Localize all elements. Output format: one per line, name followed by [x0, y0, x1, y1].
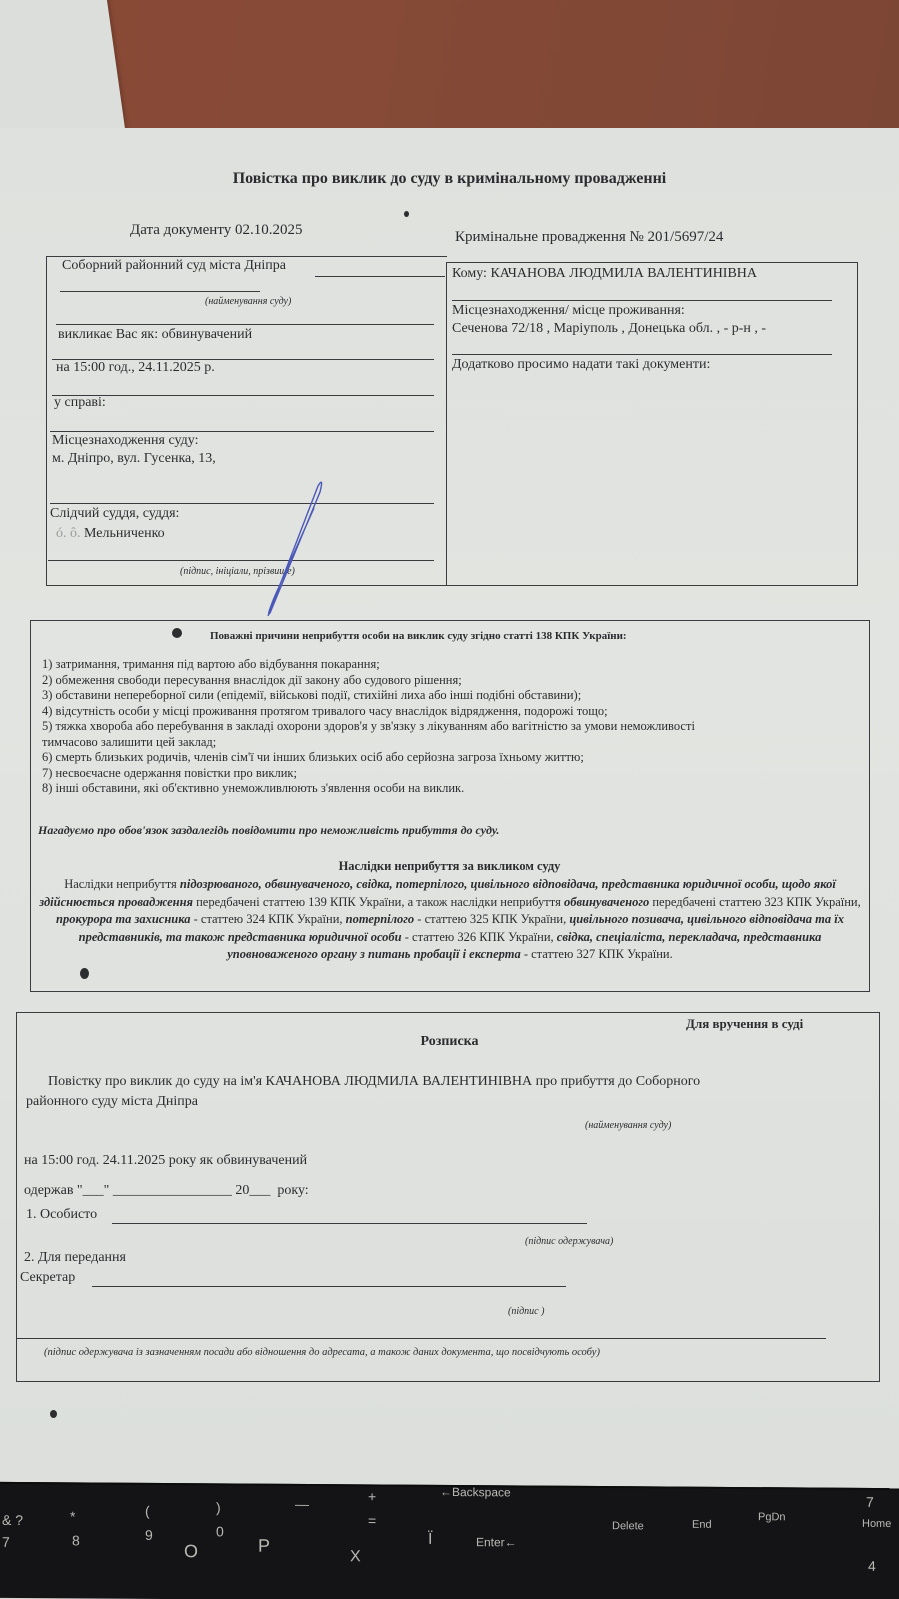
reason-item: 2) обмеження свободи пересування внаслід…: [42, 673, 695, 689]
court-name-caption: (найменування суду): [205, 296, 291, 307]
bottom-caption: (підпис одержувача із зазначенням посади…: [44, 1347, 600, 1358]
for-court-label: Для вручення в суді: [686, 1016, 803, 1032]
for-transfer-label: 2. Для передання: [24, 1250, 126, 1266]
receipt-body-line1: Повістку про виклик до суду на ім'я КАЧА…: [48, 1074, 700, 1090]
secretary-label: Секретар: [20, 1270, 75, 1286]
consequences-text: Наслідки неприбуття підозрюваного, обвин…: [34, 876, 866, 964]
reasons-list: 1) затримання, тримання під вартою або в…: [42, 657, 695, 797]
key-x: X: [350, 1548, 361, 1566]
signature-caption: (підпис ): [508, 1306, 544, 1317]
ink-blot: [404, 211, 409, 217]
extra-documents-label: Додатково просимо надати такі документи:: [452, 357, 710, 373]
receipt-body-line2: районного суду міста Дніпра: [26, 1094, 198, 1110]
received-date-field: одержав "___" _________________ 20___ ро…: [24, 1183, 309, 1199]
plain-text: - статтею 326 КПК України,: [402, 930, 557, 944]
receipt-court-caption: (найменування суду): [585, 1120, 671, 1131]
court-name: Соборний районний суд міста Дніпра: [62, 258, 286, 274]
judge-signature: [240, 478, 330, 618]
summons-role: викликає Вас як: обвинувачений: [58, 327, 252, 343]
plain-text: передбачені статтею 139 КПК України, а т…: [193, 895, 564, 909]
key-asterisk: *: [70, 1508, 75, 1524]
residence-address: Сеченова 72/18 , Маріуполь , Донецька об…: [452, 321, 766, 337]
reason-item: 7) несвоєчасне одержання повістки про ви…: [42, 766, 695, 782]
reason-item: 3) обставини непереборної сили (епідемії…: [42, 688, 695, 704]
plain-text: передбачені статтею 323 КПК України,: [649, 895, 861, 909]
key-7: 7: [2, 1534, 10, 1550]
key-9: 9: [145, 1527, 153, 1543]
reason-item: 4) відсутність особи у місці проживання …: [42, 704, 695, 720]
key-8: 8: [72, 1532, 80, 1548]
court-location: м. Дніпро, вул. Гусенка, 13,: [52, 451, 216, 467]
key-end: End: [692, 1519, 712, 1531]
document-date: Дата документу 02.10.2025: [130, 222, 302, 239]
emphasized-text: потерпілого: [346, 912, 415, 926]
key-0: 0: [216, 1523, 224, 1539]
plain-text: - статтею 325 КПК України,: [414, 912, 569, 926]
bottom-signature-line: [16, 1338, 826, 1339]
hearing-datetime: на 15:00 год., 24.11.2025 р.: [56, 360, 215, 376]
ink-blot: [172, 628, 182, 638]
key-paren-open: (: [145, 1503, 150, 1519]
reason-item: 1) затримання, тримання під вартою або в…: [42, 657, 695, 673]
key-equals: =: [368, 1512, 376, 1528]
emphasized-text: обвинуваченого: [564, 895, 649, 909]
consequences-title: Наслідки неприбуття за викликом суду: [0, 859, 899, 874]
judge-name: Мельниченко: [84, 526, 165, 541]
recipient-name: Кому: КАЧАНОВА ЛЮДМИЛА ВАЛЕНТИНІВНА: [452, 266, 757, 282]
reason-item: тимчасово залишити цей заклад;: [42, 735, 695, 751]
plain-text: - статтею 327 КПК України.: [521, 947, 673, 961]
judge-name-line: ó. ô. Мельниченко: [56, 526, 165, 542]
key-ampersand: & ?: [2, 1512, 23, 1528]
recipient-signature-caption: (підпис одержувача): [525, 1236, 613, 1247]
court-location-label: Місцезнаходження суду:: [52, 433, 198, 449]
personally-label: 1. Особисто: [26, 1207, 97, 1223]
in-case-label: у справі:: [54, 395, 106, 411]
receipt-datetime: на 15:00 год. 24.11.2025 року як обвинув…: [24, 1153, 307, 1169]
judge-initials: ó. ô.: [56, 526, 81, 541]
key-yi: Ї: [428, 1531, 432, 1549]
residence-label: Місцезнаходження/ місце проживання:: [452, 303, 685, 319]
key-numpad-4: 4: [868, 1558, 876, 1574]
key-pgdn: PgDn: [758, 1511, 786, 1523]
ink-blot: [80, 968, 89, 979]
reminder-note: Нагадуємо про обов'язок заздалегідь пові…: [38, 823, 499, 838]
key-plus: +: [368, 1488, 376, 1504]
key-enter: Enter←: [476, 1535, 517, 1549]
key-delete: Delete: [612, 1520, 644, 1532]
key-o: O: [184, 1541, 198, 1562]
key-p: P: [258, 1536, 270, 1557]
reason-item: 5) тяжка хвороба або перебування в закла…: [42, 719, 695, 735]
key-paren-close: ): [216, 1499, 221, 1515]
key-backspace: ←Backspace: [440, 1485, 511, 1499]
plain-text: - статтею 324 КПК України,: [190, 912, 345, 926]
personally-signature-line: [112, 1223, 587, 1224]
key-numpad-7: 7: [866, 1494, 874, 1510]
reason-item: 6) смерть близьких родичів, членів сім'ї…: [42, 750, 695, 766]
judge-label: Слідчий суддя, суддя:: [50, 506, 179, 522]
key-home: Home: [862, 1518, 891, 1530]
emphasized-text: прокурора та захисника: [56, 912, 190, 926]
key-minus: —: [295, 1496, 309, 1512]
keyboard: & ? 7 * 8 ( 9 ) 0 — + = ←Backspace Enter…: [0, 1482, 899, 1599]
document-title: Повістка про виклик до суду в кримінальн…: [0, 170, 899, 188]
receipt-title: Розписка: [0, 1034, 899, 1050]
case-number: Кримінальне провадження № 201/5697/24: [455, 229, 723, 246]
ink-blot: [50, 1410, 57, 1418]
reason-item: 8) інші обставини, які об'єктивно унемож…: [42, 781, 695, 797]
reasons-title: Поважні причини неприбуття особи на викл…: [210, 630, 627, 642]
secretary-signature-line: [92, 1286, 566, 1287]
plain-text: Наслідки неприбуття: [64, 877, 180, 891]
